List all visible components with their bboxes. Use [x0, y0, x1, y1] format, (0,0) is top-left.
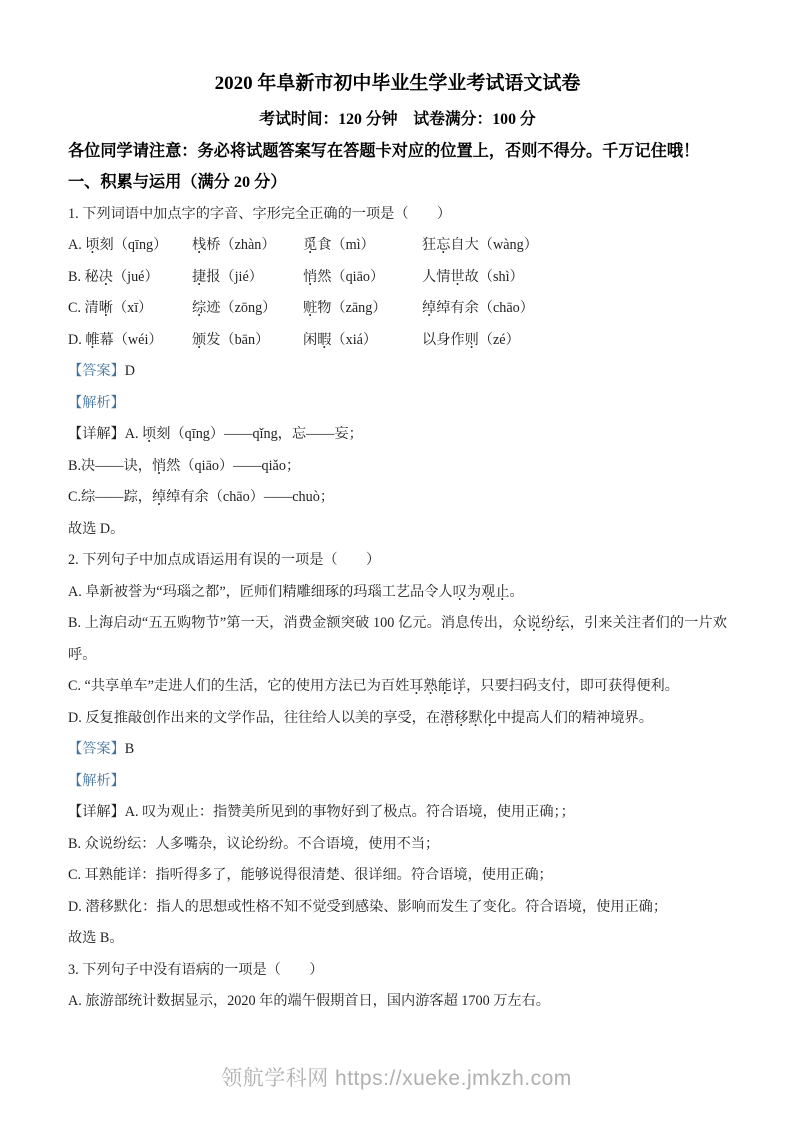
question-2-detail-line: D. 潜移默化：指人的思想或性格不知不觉受到感染、影响而发生了变化。符合语境，使…	[68, 892, 727, 924]
option-cell: 绰绰有余（chāo）	[422, 293, 727, 325]
option-cell: 捷报（jié）	[192, 262, 303, 294]
question-1-answer-line: 【答案】D	[68, 356, 727, 388]
option-cell: A. 顷刻（qīng）	[68, 230, 192, 262]
option-cell: 悄然（qiāo）	[303, 262, 422, 294]
option-cell: 以身作则（zé）	[422, 325, 727, 357]
question-1-conclusion: 故选 D。	[68, 514, 727, 546]
question-2-detail-line: C. 耳熟能详：指听得多了，能够说得很清楚、很详细。符合语境，使用正确；	[68, 860, 727, 892]
question-2-analysis-line: 【解析】	[68, 766, 727, 798]
question-1-detail-line: C.综——踪，绰绰有余（chāo）——chuò；	[68, 482, 727, 514]
question-1-option-row-a: A. 顷刻（qīng） 栈桥（zhàn） 觅食（mì） 狂忘自大（wàng）	[68, 230, 727, 262]
option-cell: 觅食（mì）	[303, 230, 422, 262]
question-2-detail-line: B. 众说纷纭：人多嘴杂，议论纷纷。不合语境，使用不当；	[68, 829, 727, 861]
question-2-detail-line: 【详解】A. 叹为观止：指赞美所见到的事物好到了极点。符合语境，使用正确；；	[68, 797, 727, 829]
option-cell: B. 秘决（jué）	[68, 262, 192, 294]
section-heading: 一、积累与运用（满分 20 分）	[68, 167, 727, 199]
watermark: 领航学科网 https://xueke.jmkzh.com	[0, 1062, 793, 1092]
answer-value: D	[125, 363, 135, 379]
answer-label: 【答案】	[68, 363, 125, 379]
question-2-answer-line: 【答案】B	[68, 734, 727, 766]
question-1-option-row-c: C. 清晰（xī） 综迹（zōng） 赃物（zāng） 绰绰有余（chāo）	[68, 293, 727, 325]
option-cell: 颁发（bān）	[192, 325, 303, 357]
option-cell: 栈桥（zhàn）	[192, 230, 303, 262]
option-cell: 赃物（zāng）	[303, 293, 422, 325]
option-cell: 闲暇（xiá）	[303, 325, 422, 357]
document-content: 2020 年阜新市初中毕业生学业考试语文试卷 考试时间：120 分钟 试卷满分：…	[0, 0, 793, 1018]
question-2-stem: 2. 下列句子中加点成语运用有误的一项是（ ）	[68, 545, 727, 577]
answer-label: 【答案】	[68, 741, 125, 757]
option-cell: 人情世故（shì）	[422, 262, 727, 294]
option-cell: C. 清晰（xī）	[68, 293, 192, 325]
question-3-stem: 3. 下列句子中没有语病的一项是（ ）	[68, 955, 727, 987]
question-1-detail-line: B.决——诀，悄然（qiāo）——qiǎo；	[68, 451, 727, 483]
question-2-option-c: C. “共享单车”走进人们的生活，它的使用方法已为百姓耳熟能详，只要扫码支付，即…	[68, 671, 727, 703]
option-cell: 综迹（zōng）	[192, 293, 303, 325]
question-1-detail-line: 【详解】A. 顷刻（qīng）——qǐng，忘——妄；	[68, 419, 727, 451]
question-1-option-row-d: D. 帷幕（wéi） 颁发（bān） 闲暇（xiá） 以身作则（zé）	[68, 325, 727, 357]
question-2-option-d: D. 反复推敲创作出来的文学作品，往往给人以美的享受，在潜移默化中提高人们的精神…	[68, 703, 727, 735]
question-2-option-a: A. 阜新被誉为“玛瑙之都”，匠师们精雕细琢的玛瑙工艺品令人叹为观止。	[68, 577, 727, 609]
analysis-label: 【解析】	[68, 773, 125, 789]
question-1-analysis-line: 【解析】	[68, 388, 727, 420]
analysis-label: 【解析】	[68, 395, 125, 411]
question-2-option-b: B. 上海启动“五五购物节”第一天，消费金额突破 100 亿元。消息传出，众说纷…	[68, 608, 727, 671]
student-notice: 各位同学请注意：务必将试题答案写在答题卡对应的位置上，否则不得分。千万记住哦！	[68, 136, 727, 168]
question-1-option-row-b: B. 秘决（jué） 捷报（jié） 悄然（qiāo） 人情世故（shì）	[68, 262, 727, 294]
question-3-option-a: A. 旅游部统计数据显示，2020 年的端午假期首日，国内游客超 1700 万左…	[68, 986, 727, 1018]
question-1-stem: 1. 下列词语中加点字的字音、字形完全正确的一项是（ ）	[68, 199, 727, 231]
answer-value: B	[125, 741, 134, 757]
exam-document-page: 2020 年阜新市初中毕业生学业考试语文试卷 考试时间：120 分钟 试卷满分：…	[0, 0, 793, 1122]
option-cell: D. 帷幕（wéi）	[68, 325, 192, 357]
exam-info: 考试时间：120 分钟 试卷满分：100 分	[68, 104, 727, 136]
option-cell: 狂忘自大（wàng）	[422, 230, 727, 262]
page-title: 2020 年阜新市初中毕业生学业考试语文试卷	[68, 64, 727, 104]
question-2-conclusion: 故选 B。	[68, 923, 727, 955]
